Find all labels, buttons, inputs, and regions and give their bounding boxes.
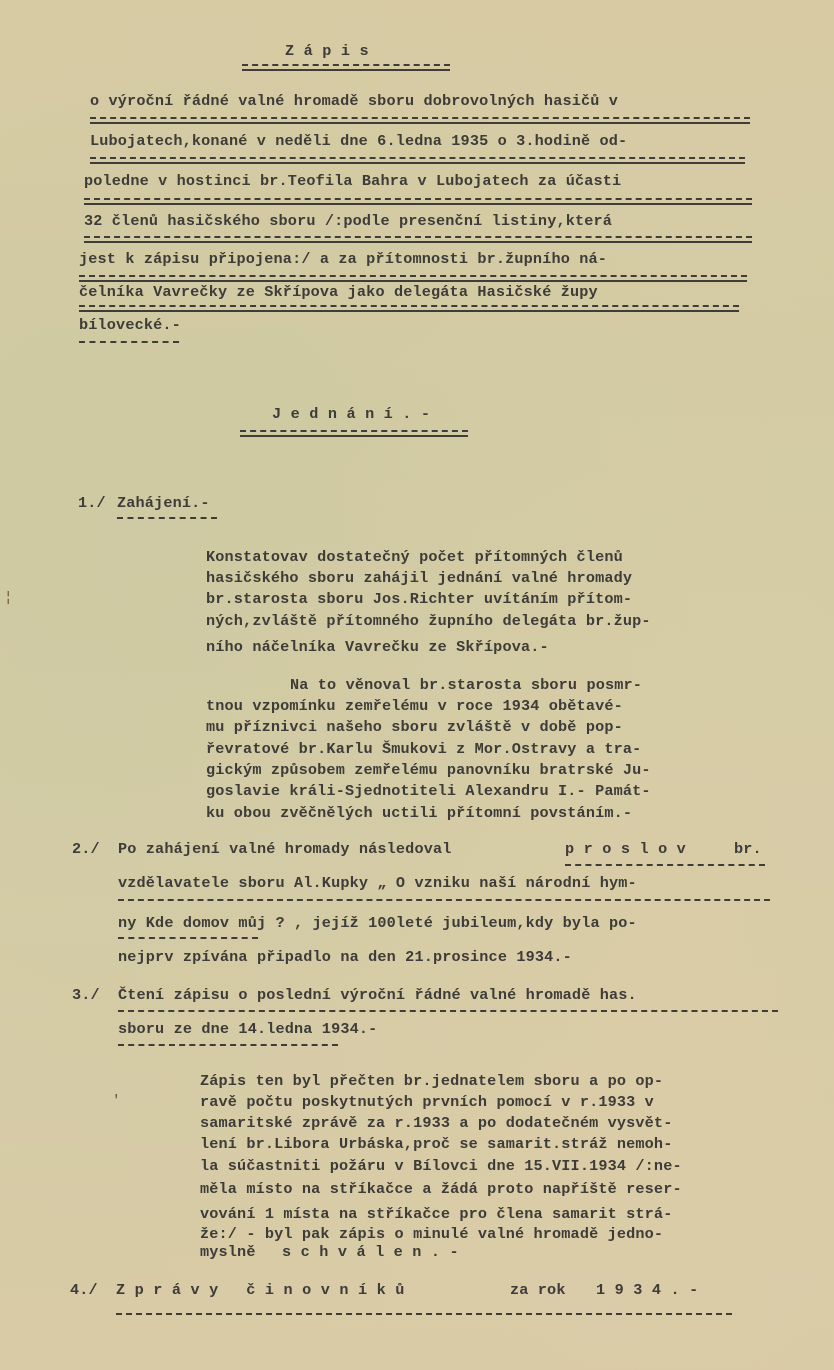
paragraph-line: ravě počtu poskytnutých prvních pomocí v… [200, 1093, 654, 1111]
intro-underline [90, 117, 750, 119]
paragraph-line: ných,zvláště přítomného župního delegáta… [206, 612, 651, 630]
section-heading-underline-2 [240, 435, 468, 437]
item-heading-underline [118, 1044, 338, 1046]
paragraph-line: mu příznivci našeho sboru zvláště v době… [206, 718, 623, 736]
paragraph-line: samaritské zprávě za r.1933 a po dodateč… [200, 1114, 672, 1132]
item-line-tail: br. [734, 840, 762, 858]
paragraph-line: gickým způsobem zemřelému panovníku brat… [206, 761, 651, 779]
paragraph-line: ku obou zvěčnělých uctili přítomní povst… [206, 804, 632, 822]
intro-underline [84, 203, 752, 205]
item-number: 2./ [72, 840, 100, 858]
paragraph-line: lení br.Libora Urbáska,proč se samarit.s… [200, 1135, 672, 1153]
paragraph-line: Zápis ten byl přečten br.jednatelem sbor… [200, 1072, 663, 1090]
item-heading-underline [118, 1010, 778, 1012]
paragraph-line: ního náčelníka Vavrečku ze Skřípova.- [206, 638, 549, 656]
item-line: ny Kde domov můj ? , jejíž 100leté jubil… [118, 914, 637, 932]
item-number: 1./ [78, 494, 106, 512]
item-number: 4./ [70, 1281, 98, 1299]
document-title: Zápis [285, 42, 378, 60]
intro-line: o výroční řádné valné hromadě sboru dobr… [90, 92, 618, 110]
title-underline-2 [242, 69, 450, 71]
emphasis-underline [565, 864, 765, 866]
paragraph-line: la súčastniti požáru v Bílovci dne 15.VI… [200, 1157, 682, 1175]
item-heading-underline [117, 517, 217, 519]
paragraph-line: hasičského sboru zahájil jednání valné h… [206, 569, 632, 587]
paragraph-line: Na to věnoval br.starosta sboru posmr- [290, 676, 642, 694]
paragraph-line: myslně [200, 1243, 256, 1261]
item-heading-line: Čtení zápisu o poslední výroční řádné va… [118, 986, 637, 1004]
intro-line: Lubojatech,konané v neděli dne 6.ledna 1… [90, 132, 627, 150]
item-heading: Zprávy činovníků [116, 1281, 414, 1299]
intro-underline [90, 162, 745, 164]
intro-underline [79, 310, 739, 312]
item-line: vzdělavatele sboru Al.Kupky „ O vzniku n… [118, 874, 637, 892]
paragraph-line: vování 1 místa na stříkačce pro člena sa… [200, 1205, 672, 1223]
paragraph-line: br.starosta sboru Jos.Richter uvítáním p… [206, 590, 632, 608]
paragraph-line: měla místo na stříkačce a žádá proto nap… [200, 1180, 682, 1198]
item-line: Po zahájení valné hromady následoval [118, 840, 452, 858]
item-number: 3./ [72, 986, 100, 1004]
paragraph-line: goslavie králi-Sjednotiteli Alexandru I.… [206, 782, 651, 800]
intro-line: bílovecké.- [79, 316, 181, 334]
item-heading-year: 1934.- [596, 1281, 708, 1299]
section-heading-underline [240, 430, 468, 432]
item-heading: Zahájení.- [117, 494, 210, 512]
item-line: nejprv zpívána připadlo na den 21.prosin… [118, 948, 572, 966]
title-underline [242, 64, 450, 66]
section-heading: Jednání.- [272, 405, 440, 423]
paragraph-line: Konstatovav dostatečný počet přítomných … [206, 548, 623, 566]
item-heading-mid: za rok [510, 1281, 566, 1299]
paragraph-line: že:/ - byl pak zápis o minulé valné hrom… [200, 1225, 663, 1243]
intro-underline [90, 157, 745, 159]
intro-line: 32 členů hasičského sboru /:podle presen… [84, 212, 612, 230]
intro-underline [79, 341, 179, 343]
item-heading-line: sboru ze dne 14.ledna 1934.- [118, 1020, 377, 1038]
intro-line: čelníka Vavrečky ze Skřípova jako delegá… [79, 283, 598, 301]
item-underline [118, 937, 258, 939]
item-heading-underline [116, 1313, 732, 1315]
intro-line: jest k zápisu připojena:/ a za přítomnos… [79, 250, 607, 268]
intro-underline [79, 305, 739, 307]
intro-underline [84, 198, 752, 200]
intro-underline [79, 280, 747, 282]
intro-underline [90, 122, 750, 124]
intro-underline [84, 241, 752, 243]
margin-mark: ' [112, 1093, 120, 1109]
item-emphasis: proslov [565, 840, 695, 858]
intro-underline [79, 275, 747, 277]
margin-mark: ¦ [4, 590, 12, 606]
intro-line: poledne v hostinci br.Teofila Bahra v Lu… [84, 172, 621, 190]
intro-underline [84, 236, 752, 238]
paragraph-line: řevratové br.Karlu Šmukovi z Mor.Ostravy… [206, 740, 641, 758]
paragraph-line: tnou vzpomínku zemřelému v roce 1934 obě… [206, 697, 623, 715]
paragraph-emphasis: schválen.- [282, 1243, 468, 1261]
item-underline [118, 899, 770, 901]
